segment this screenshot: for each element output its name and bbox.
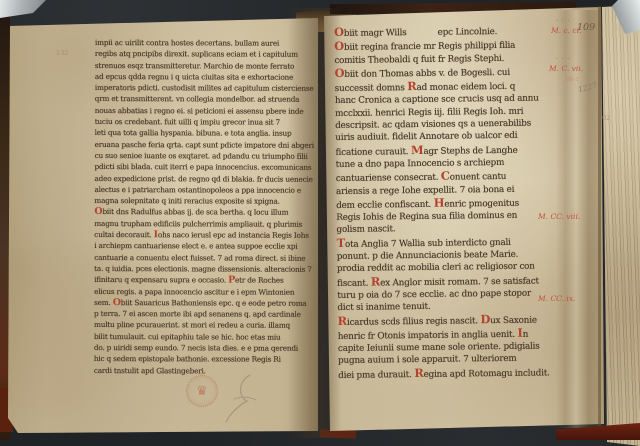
stamp-crest-icon: ♛ [196, 384, 208, 399]
gutter-shadow [288, 8, 342, 438]
library-stamp: ♛ [186, 375, 218, 407]
pencil-squiggle-mark [220, 372, 262, 426]
right-page-crease [556, 10, 604, 428]
left-parchment-page [8, 18, 318, 433]
page-stack-fore-edge [600, 5, 640, 446]
page-weight-top-left [0, 0, 46, 18]
manuscript-photo: impii ac uirilit contra hostes decertans… [0, 0, 640, 446]
